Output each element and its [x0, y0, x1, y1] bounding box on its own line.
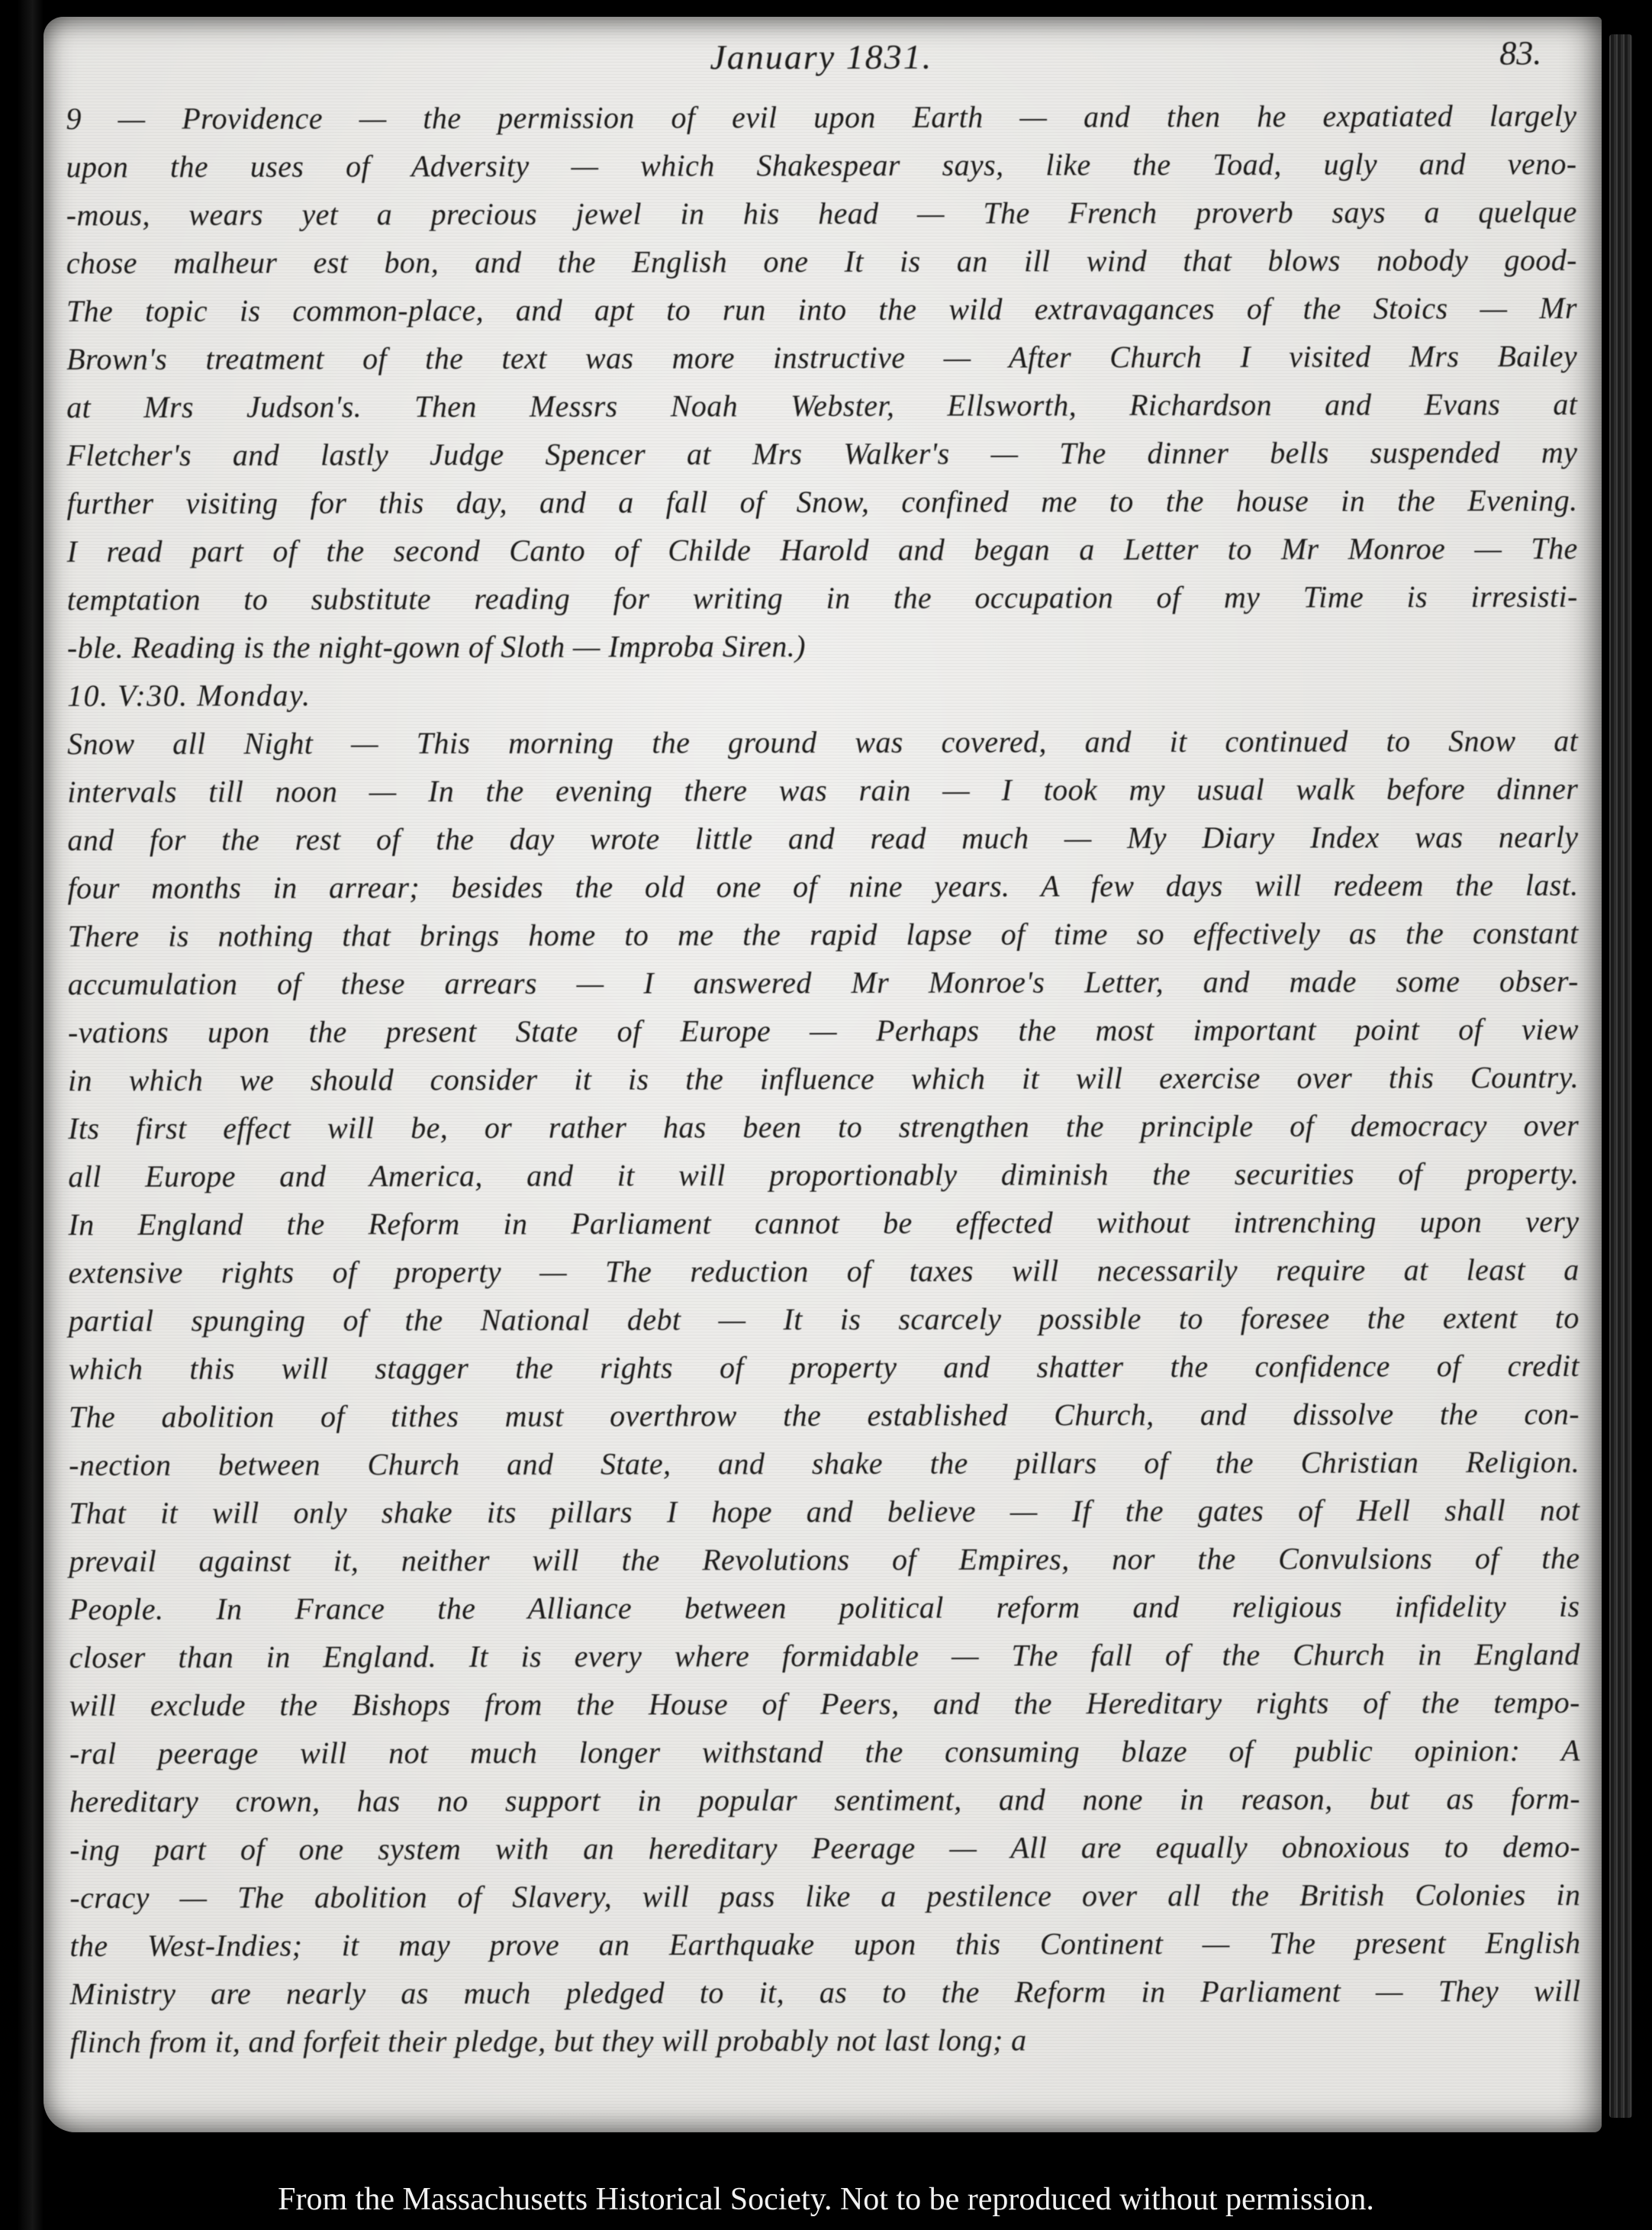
diary-line: -vations upon the present State of Europ… [68, 1005, 1579, 1056]
footer-credit: From the Massachusetts Historical Societ… [0, 2181, 1652, 2218]
diary-line: and for the rest of the day wrote little… [67, 813, 1578, 864]
diary-line: The abolition of tithes must overthrow t… [69, 1390, 1580, 1441]
diary-line: which this will stagger the rights of pr… [69, 1342, 1580, 1393]
diary-line: at Mrs Judson's. Then Messrs Noah Webste… [66, 380, 1577, 431]
diary-line: intervals till noon — In the evening the… [67, 765, 1578, 816]
diary-line: four months in arrear; besides the old o… [67, 861, 1578, 912]
diary-line: Ministry are nearly as much pledged to i… [70, 1967, 1581, 2018]
diary-line: all Europe and America, and it will prop… [68, 1149, 1579, 1200]
page-header: January 1831. 83. [66, 35, 1576, 95]
diary-line: -cracy — The abolition of Slavery, will … [69, 1871, 1580, 1922]
diary-line: Brown's treatment of the text was more i… [66, 332, 1577, 383]
diary-line: extensive rights of property — The reduc… [69, 1246, 1580, 1297]
diary-line: -mous, wears yet a precious jewel in his… [66, 188, 1577, 239]
diary-line: -ble. Reading is the night-gown of Sloth… [67, 620, 1578, 672]
diary-line: upon the uses of Adversity — which Shake… [66, 140, 1577, 191]
diary-line: closer than in England. It is every wher… [69, 1630, 1580, 1681]
diary-line: -nection between Church and State, and s… [69, 1438, 1580, 1489]
diary-line: 9 — Providence — the permission of evil … [66, 92, 1576, 143]
diary-line: Fletcher's and lastly Judge Spencer at M… [66, 428, 1577, 479]
page-edges [1609, 34, 1632, 2118]
book-gutter [0, 0, 43, 2230]
diary-line: flinch from it, and forfeit their pledge… [70, 2015, 1581, 2066]
diary-line: The topic is common-place, and apt to ru… [66, 284, 1577, 335]
diary-line: in which we should consider it is the in… [68, 1053, 1579, 1104]
diary-line: In England the Reform in Parliament cann… [68, 1197, 1579, 1249]
diary-line: -ral peerage will not much longer withst… [69, 1726, 1580, 1777]
diary-entry-january-10: Snow all Night — This morning the ground… [67, 717, 1581, 2066]
scanned-page: January 1831. 83. 9 — Providence — the p… [0, 0, 1652, 2230]
page-title: January 1831. [66, 35, 1576, 79]
diary-line: the West-Indies; it may prove an Earthqu… [69, 1919, 1580, 1970]
diary-line: prevail against it, neither will the Rev… [69, 1534, 1580, 1585]
diary-line: That it will only shake its pillars I ho… [69, 1486, 1580, 1537]
diary-line: partial spunging of the National debt — … [69, 1294, 1580, 1345]
diary-line: Its first effect will be, or rather has … [68, 1101, 1579, 1152]
diary-line: will exclude the Bishops from the House … [69, 1678, 1580, 1729]
diary-line: There is nothing that brings home to me … [68, 909, 1579, 960]
diary-line: I read part of the second Canto of Child… [67, 524, 1578, 575]
diary-line: chose malheur est bon, and the English o… [66, 236, 1577, 287]
diary-line: People. In France the Alliance between p… [69, 1582, 1580, 1633]
diary-page: January 1831. 83. 9 — Providence — the p… [43, 17, 1602, 2132]
diary-entry-january-9: 9 — Providence — the permission of evil … [66, 92, 1578, 672]
diary-line: further visiting for this day, and a fal… [66, 476, 1577, 527]
page-number: 83. [1499, 34, 1541, 73]
diary-line: temptation to substitute reading for wri… [67, 572, 1578, 624]
entry-heading-january-10: 10. V:30. Monday. [67, 669, 1578, 720]
diary-line: accumulation of these arrears — I answer… [68, 957, 1579, 1008]
diary-line: hereditary crown, has no support in popu… [69, 1774, 1580, 1826]
diary-line: -ing part of one system with an heredita… [69, 1822, 1580, 1874]
diary-line: Snow all Night — This morning the ground… [67, 717, 1578, 768]
